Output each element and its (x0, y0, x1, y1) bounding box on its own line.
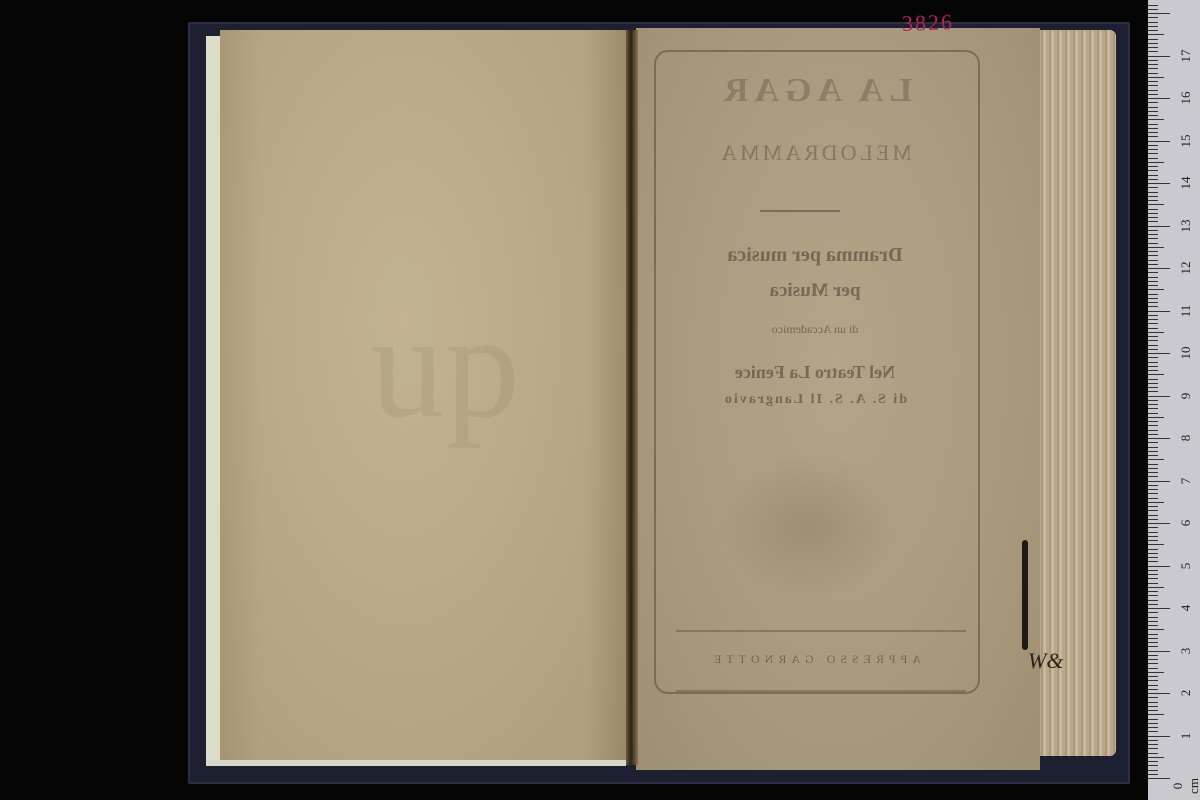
ruler-label: 1 (1178, 724, 1194, 748)
bleed-line-2: per Musica (654, 280, 976, 302)
ruler-tick (1148, 570, 1158, 571)
ruler-tick (1148, 515, 1158, 516)
ruler-tick (1148, 260, 1158, 261)
ruler-tick (1148, 557, 1158, 558)
ruler-tick (1148, 408, 1158, 409)
ruler-tick (1148, 438, 1170, 439)
ruler-tick (1148, 651, 1170, 652)
ruler-tick (1148, 170, 1158, 171)
ruler-tick (1148, 387, 1158, 388)
ruler-tick (1148, 247, 1164, 248)
ruler-tick (1148, 740, 1158, 741)
ruler-tick (1148, 277, 1158, 278)
ruler-tick (1148, 731, 1158, 732)
ruler-tick (1148, 748, 1158, 749)
ruler-tick (1148, 238, 1158, 239)
bleed-line-5: di S. A. S. Il Langravio (654, 392, 976, 408)
ruler-tick (1148, 400, 1158, 401)
ruler-tick (1148, 723, 1158, 724)
ruler-tick (1148, 744, 1158, 745)
imprint-bleed: APPRESSO GARNOTTE (654, 652, 976, 667)
ruler-tick (1148, 710, 1158, 711)
ruler-tick (1148, 553, 1158, 554)
ruler-label: 6 (1178, 511, 1194, 535)
ruler-tick (1148, 434, 1158, 435)
ruler-tick (1148, 302, 1158, 303)
ruler-label: 13 (1178, 214, 1194, 238)
ruler-tick (1148, 536, 1158, 537)
ruler-tick (1148, 383, 1158, 384)
ruler-tick (1148, 493, 1158, 494)
ruler-tick (1148, 761, 1158, 762)
ruler-tick (1148, 319, 1158, 320)
ruler-tick (1148, 753, 1158, 754)
ruler-tick (1148, 68, 1158, 69)
ruler-tick (1148, 502, 1164, 503)
ruler-tick (1148, 425, 1158, 426)
ruler-tick (1148, 583, 1158, 584)
ruler-tick (1148, 251, 1158, 252)
ruler-tick (1148, 689, 1158, 690)
ruler-label: 15 (1178, 129, 1194, 153)
measuring-ruler: 0 cm1234567891011121314151617 (1148, 0, 1200, 800)
ruler-tick (1148, 765, 1158, 766)
ruler-tick (1148, 209, 1158, 210)
ruler-tick (1148, 107, 1158, 108)
ruler-label: 2 (1178, 681, 1194, 705)
ruler-tick (1148, 272, 1158, 273)
ruler-tick (1148, 600, 1158, 601)
ruler-tick (1148, 362, 1158, 363)
ruler-tick (1148, 192, 1158, 193)
ruler-tick (1148, 60, 1158, 61)
ruler-label: 8 (1178, 426, 1194, 450)
ruler-tick (1148, 298, 1158, 299)
ruler-tick (1148, 608, 1170, 609)
printer-vignette (720, 450, 900, 600)
ruler-tick (1148, 268, 1170, 269)
ruler-tick (1148, 404, 1158, 405)
ruler-tick (1148, 430, 1158, 431)
book-gutter (626, 30, 638, 765)
ruler-tick (1148, 697, 1158, 698)
ruler-tick (1148, 200, 1158, 201)
ruler-tick (1148, 119, 1164, 120)
ruler-tick (1148, 617, 1158, 618)
ruler-tick (1148, 638, 1158, 639)
ruler-tick (1148, 353, 1170, 354)
ruler-tick (1148, 379, 1158, 380)
ruler-tick (1148, 221, 1158, 222)
ruler-tick (1148, 519, 1158, 520)
ruler-tick (1148, 111, 1158, 112)
ruler-tick (1148, 243, 1158, 244)
ruler-tick (1148, 498, 1158, 499)
ruler-tick (1148, 328, 1158, 329)
ruler-tick (1148, 26, 1158, 27)
ruler-tick (1148, 281, 1158, 282)
ruler-tick (1148, 22, 1158, 23)
ruler-tick (1148, 714, 1164, 715)
ruler-tick (1148, 736, 1170, 737)
ruler-tick (1148, 591, 1158, 592)
title-rule (760, 210, 840, 212)
ruler-tick (1148, 464, 1158, 465)
ruler-tick (1148, 719, 1158, 720)
ruler-tick (1148, 578, 1158, 579)
signature-mark: W& (1028, 648, 1063, 674)
ruler-tick (1148, 374, 1164, 375)
ruler-tick (1148, 510, 1158, 511)
ruler-tick (1148, 102, 1158, 103)
ruler-tick (1148, 595, 1158, 596)
ruler-tick (1148, 141, 1170, 142)
ruler-tick (1148, 196, 1158, 197)
ruler-tick (1148, 527, 1158, 528)
ruler-tick (1148, 532, 1158, 533)
page-tear-shadow (1022, 540, 1028, 650)
ruler-tick (1148, 366, 1158, 367)
ruler-tick (1148, 13, 1170, 14)
ruler-tick (1148, 672, 1164, 673)
ruler-label: 9 (1178, 384, 1194, 408)
ruler-tick (1148, 621, 1158, 622)
ruler-tick (1148, 574, 1158, 575)
ruler-label: 4 (1178, 596, 1194, 620)
imprint-rule-bottom (676, 690, 966, 693)
ruler-tick (1148, 94, 1158, 95)
ruler-tick (1148, 680, 1158, 681)
ruler-tick (1148, 566, 1170, 567)
ruler-tick (1148, 98, 1170, 99)
ruler-tick (1148, 417, 1164, 418)
ruler-tick (1148, 285, 1158, 286)
ruler-tick (1148, 370, 1158, 371)
ruler-tick (1148, 345, 1158, 346)
ruler-tick (1148, 357, 1158, 358)
ruler-tick (1148, 230, 1158, 231)
ruler-tick (1148, 332, 1164, 333)
ruler-tick (1148, 549, 1158, 550)
ruler-tick (1148, 663, 1158, 664)
ruler-tick (1148, 187, 1158, 188)
ruler-tick (1148, 451, 1158, 452)
ruler-tick (1148, 757, 1164, 758)
ruler-tick (1148, 90, 1158, 91)
ruler-tick (1148, 396, 1170, 397)
ruler-tick (1148, 604, 1158, 605)
ruler-tick (1148, 523, 1170, 524)
ruler-tick (1148, 459, 1164, 460)
subtitle-bleed: MELODRAMMA (654, 140, 976, 166)
ruler-tick (1148, 124, 1158, 125)
ruler-tick (1148, 153, 1158, 154)
ruler-tick (1148, 685, 1158, 686)
ruler-tick (1148, 255, 1158, 256)
ruler-tick (1148, 17, 1158, 18)
ruler-tick (1148, 30, 1158, 31)
ruler-tick (1148, 34, 1164, 35)
ruler-tick (1148, 421, 1158, 422)
ruler-tick (1148, 668, 1158, 669)
ruler-tick (1148, 727, 1158, 728)
ruler-tick (1148, 391, 1158, 392)
ruler-tick (1148, 481, 1170, 482)
ruler-tick (1148, 9, 1158, 10)
ruler-label: 0 cm (1170, 774, 1200, 798)
title-bleed: LA AGAR (654, 72, 976, 110)
ruler-tick (1148, 336, 1158, 337)
ruler-tick (1148, 179, 1158, 180)
ruler-tick (1148, 774, 1158, 775)
ruler-tick (1148, 145, 1158, 146)
ruler-tick (1148, 294, 1158, 295)
ruler-tick (1148, 506, 1158, 507)
ruler-tick (1148, 659, 1158, 660)
ruler-tick (1148, 587, 1164, 588)
ruler-tick (1148, 468, 1158, 469)
ruler-tick (1148, 39, 1158, 40)
ruler-tick (1148, 132, 1158, 133)
ruler-label: 10 (1178, 341, 1194, 365)
ruler-tick (1148, 85, 1158, 86)
ruler-tick (1148, 706, 1158, 707)
ruler-tick (1148, 43, 1158, 44)
ruler-label: 12 (1178, 256, 1194, 280)
ruler-tick (1148, 561, 1158, 562)
ruler-tick (1148, 349, 1158, 350)
ruler-tick (1148, 455, 1158, 456)
ruler-tick (1148, 264, 1158, 265)
ruler-tick (1148, 64, 1158, 65)
ruler-tick (1148, 634, 1158, 635)
ruler-tick (1148, 47, 1158, 48)
ruler-tick (1148, 166, 1158, 167)
ruler-tick (1148, 442, 1158, 443)
ruler-tick (1148, 447, 1158, 448)
ruler-tick (1148, 646, 1158, 647)
bleed-line-3: di un Accademico (654, 322, 976, 337)
ruler-tick (1148, 149, 1158, 150)
ruler-tick (1148, 770, 1158, 771)
ruler-label: 17 (1178, 44, 1194, 68)
ruler-tick (1148, 289, 1164, 290)
ruler-label: 16 (1178, 86, 1194, 110)
ruler-tick (1148, 234, 1158, 235)
shelfmark: 3826 (902, 9, 955, 37)
ruler-tick (1148, 642, 1158, 643)
ruler-tick (1148, 340, 1158, 341)
ruler-tick (1148, 56, 1170, 57)
ruler-tick (1148, 73, 1158, 74)
ruler-tick (1148, 128, 1158, 129)
ruler-label: 14 (1178, 171, 1194, 195)
ruler-tick (1148, 162, 1164, 163)
ruler-tick (1148, 183, 1170, 184)
ruler-tick (1148, 77, 1164, 78)
ruler-tick (1148, 544, 1164, 545)
ruler-tick (1148, 472, 1158, 473)
ruler-tick (1148, 315, 1158, 316)
ruler-tick (1148, 693, 1170, 694)
ruler-tick (1148, 5, 1158, 6)
ruler-tick (1148, 158, 1158, 159)
ruler-tick (1148, 489, 1158, 490)
ruler-label: 7 (1178, 469, 1194, 493)
bleed-line-1: Dramma per musica (654, 244, 976, 267)
ruler-label: 5 (1178, 554, 1194, 578)
ruler-tick (1148, 51, 1158, 52)
ruler-tick (1148, 629, 1164, 630)
bleed-line-4: Nel Teatro La Fenice (654, 362, 976, 383)
ruler-tick (1148, 217, 1158, 218)
ruler-tick (1148, 655, 1158, 656)
ruler-tick (1148, 175, 1158, 176)
ruler-tick (1148, 485, 1158, 486)
ruler-label: 11 (1178, 299, 1194, 323)
ruler-tick (1148, 612, 1158, 613)
ruler-tick (1148, 476, 1158, 477)
ruler-label: 3 (1178, 639, 1194, 663)
ruler-tick (1148, 115, 1158, 116)
ruler-tick (1148, 311, 1170, 312)
ruler-tick (1148, 413, 1158, 414)
ruler-tick (1148, 306, 1158, 307)
ruler-tick (1148, 702, 1158, 703)
ruler-tick (1148, 213, 1158, 214)
ruler-tick (1148, 323, 1158, 324)
ruler-tick (1148, 136, 1158, 137)
ruler-tick (1148, 226, 1170, 227)
imprint-rule-top (676, 630, 966, 633)
endpaper-bottom-edge (206, 760, 626, 766)
ruler-tick (1148, 778, 1170, 779)
left-page-bleed-letters: up (370, 280, 520, 452)
ruler-tick (1148, 204, 1164, 205)
ruler-tick (1148, 540, 1158, 541)
ruler-tick (1148, 676, 1158, 677)
ruler-tick (1148, 625, 1158, 626)
ruler-tick (1148, 81, 1158, 82)
